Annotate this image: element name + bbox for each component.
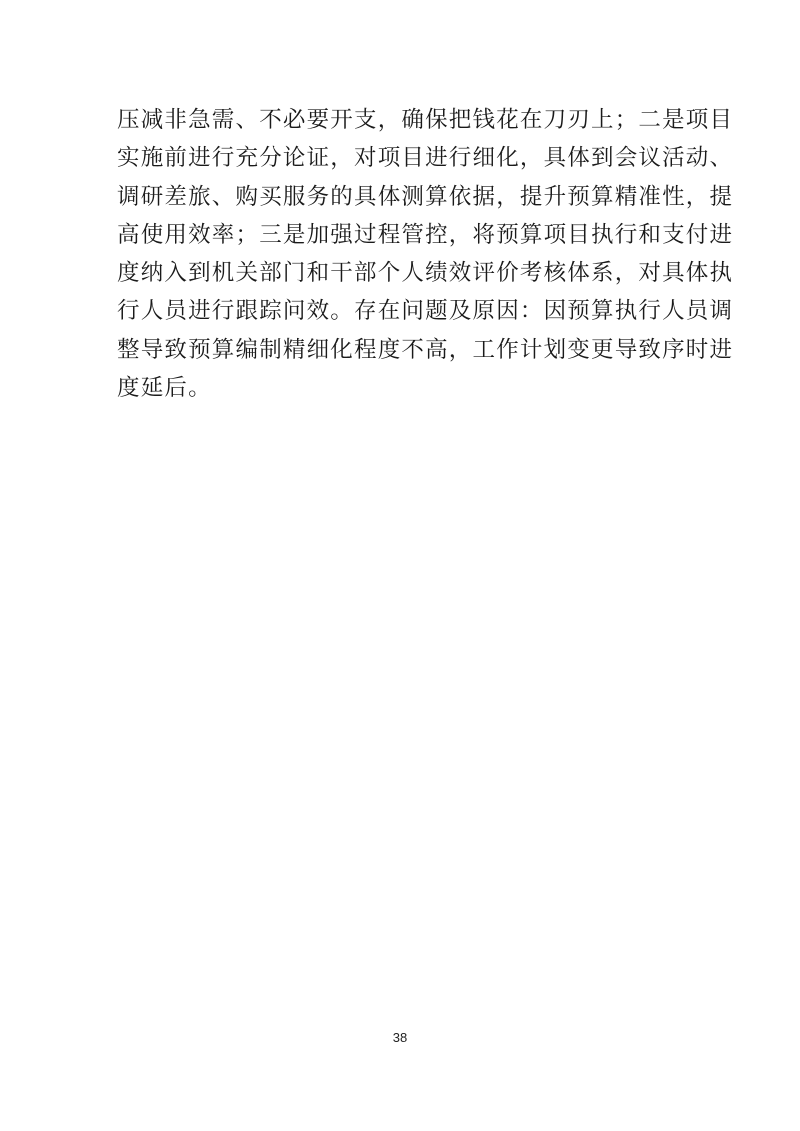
paragraph-line: 压减非急需、不必要开支，确保把钱花在刀刃上；二是项目 (117, 101, 697, 139)
paragraph-line: 高使用效率；三是加强过程管控，将预算项目执行和支付进 (117, 216, 697, 254)
paragraph-line: 行人员进行跟踪问效。存在问题及原因：因预算执行人员调 (117, 292, 697, 330)
paragraph-line: 整导致预算编制精细化程度不高，工作计划变更导致序时进 (117, 331, 697, 369)
page-number: 38 (0, 1030, 800, 1045)
body-paragraph: 压减非急需、不必要开支，确保把钱花在刀刃上；二是项目 实施前进行充分论证，对项目… (117, 101, 697, 407)
paragraph-line: 度延后。 (117, 369, 697, 407)
paragraph-line: 调研差旅、购买服务的具体测算依据，提升预算精准性，提 (117, 178, 697, 216)
paragraph-line: 实施前进行充分论证，对项目进行细化，具体到会议活动、 (117, 139, 697, 177)
document-page: 压减非急需、不必要开支，确保把钱花在刀刃上；二是项目 实施前进行充分论证，对项目… (0, 0, 800, 1131)
paragraph-line: 度纳入到机关部门和干部个人绩效评价考核体系，对具体执 (117, 254, 697, 292)
